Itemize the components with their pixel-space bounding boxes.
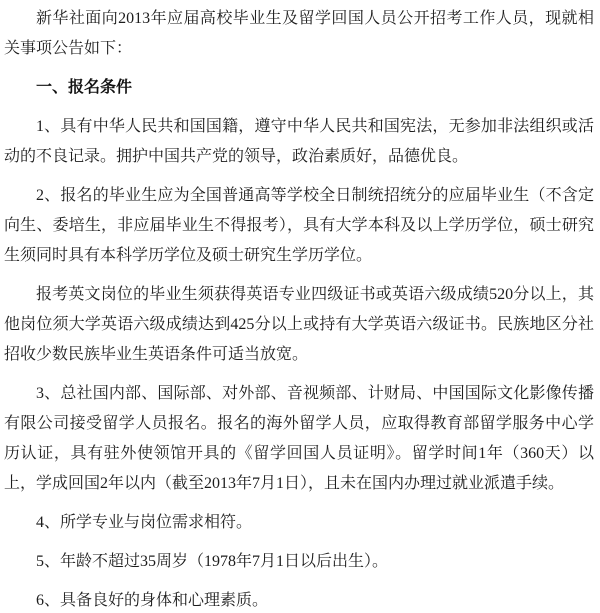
- intro-paragraph: 新华社面向2013年应届高校毕业生及留学回国人员公开招考工作人员，现就相关事项公…: [4, 4, 594, 64]
- condition-paragraph-6: 6、具备良好的身体和心理素质。: [4, 586, 594, 613]
- condition-paragraph-3: 3、总社国内部、国际部、对外部、音视频部、计财局、中国国际文化影像传播有限公司接…: [4, 379, 594, 499]
- condition-paragraph-4: 4、所学专业与岗位需求相符。: [4, 508, 594, 538]
- condition-paragraph-1: 1、具有中华人民共和国国籍，遵守中华人民共和国宪法，无参加非法组织或活动的不良记…: [4, 112, 594, 172]
- condition-paragraph-2: 2、报名的毕业生应为全国普通高等学校全日制统招统分的应届毕业生（不含定向生、委培…: [4, 181, 594, 271]
- announcement-document: 新华社面向2013年应届高校毕业生及留学回国人员公开招考工作人员，现就相关事项公…: [0, 0, 600, 613]
- condition-paragraph-english-requirement: 报考英文岗位的毕业生须获得英语专业四级证书或英语六级成绩520分以上，其他岗位须…: [4, 280, 594, 370]
- section-heading-application-conditions: 一、报名条件: [4, 73, 594, 103]
- condition-paragraph-5: 5、年龄不超过35周岁（1978年7月1日以后出生）。: [4, 547, 594, 577]
